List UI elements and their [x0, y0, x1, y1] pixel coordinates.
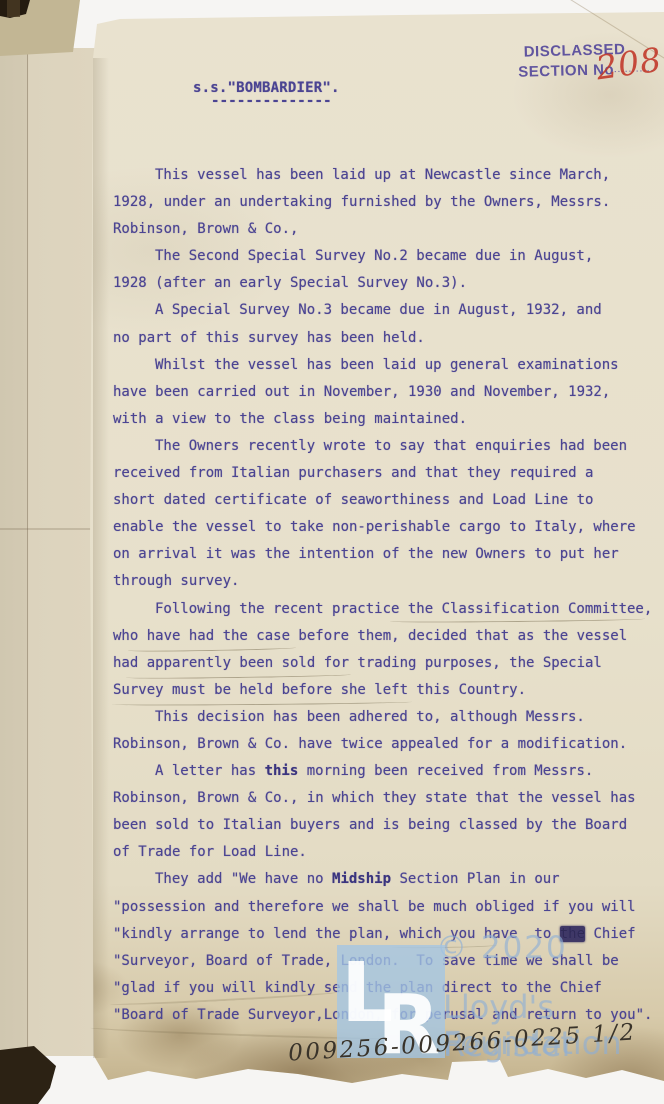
text-line: had apparently been sold for trading pur… — [113, 650, 653, 677]
text-line: This vessel has been laid up at Newcastl… — [113, 162, 653, 189]
text-line: on arrival it was the intention of the n… — [113, 541, 653, 568]
text-line: Robinson, Brown & Co., in which they sta… — [113, 785, 653, 812]
overtyped-word: Midship — [332, 871, 391, 887]
text-line: been sold to Italian buyers and is being… — [113, 812, 653, 839]
text-line: A letter has this morning been received … — [113, 758, 653, 785]
document-title-block: s.s."BOMBARDIER". -------------- — [193, 80, 340, 106]
text-line: short dated certificate of seaworthiness… — [113, 487, 653, 514]
text-line: enable the vessel to take non-perishable… — [113, 514, 653, 541]
text-line: received from Italian purchasers and tha… — [113, 460, 653, 487]
text-line: have been carried out in November, 1930 … — [113, 379, 653, 406]
page-crease — [27, 48, 28, 1048]
text-line: "kindly arrange to lend the plan, which … — [113, 921, 653, 948]
page-edge-step — [0, 528, 95, 530]
text-line: Robinson, Brown & Co. have twice appeale… — [113, 731, 653, 758]
text-line: The Second Special Survey No.2 became du… — [113, 243, 653, 270]
text-line: A Special Survey No.3 became due in Augu… — [113, 297, 653, 324]
text-line: The Owners recently wrote to say that en… — [113, 433, 653, 460]
underlying-page-edge — [0, 48, 95, 1056]
overtyped-word: this — [265, 763, 299, 779]
text-line: Whilst the vessel has been laid up gener… — [113, 352, 653, 379]
text-line: with a view to the class being maintaine… — [113, 406, 653, 433]
watermark-copyright: © 2020 — [436, 930, 568, 966]
document-body: This vessel has been laid up at Newcastl… — [113, 162, 653, 1029]
text-line: They add "We have no Midship Section Pla… — [113, 866, 653, 893]
paragraph: The Second Special Survey No.2 became du… — [113, 243, 653, 297]
paper-left-edge-shadow — [93, 58, 109, 1058]
text-line: of Trade for Load Line. — [113, 839, 653, 866]
paragraph: The Owners recently wrote to say that en… — [113, 433, 653, 596]
paragraph: A Special Survey No.3 became due in Augu… — [113, 297, 653, 351]
text-line: "possession and therefore we shall be mu… — [113, 894, 653, 921]
text-line: through survey. — [113, 568, 653, 595]
text-line: 1928, under an undertaking furnished by … — [113, 189, 653, 216]
paragraph: Whilst the vessel has been laid up gener… — [113, 352, 653, 433]
scanned-document-page: DISCLASSED SECTION No··········· 208 s.s… — [0, 0, 664, 1104]
text-line: no part of this survey has been held. — [113, 325, 653, 352]
binding-fragment-streak — [7, 0, 20, 17]
text-line: 1928 (after an early Special Survey No.3… — [113, 270, 653, 297]
text-line: who have had the case before them, decid… — [113, 623, 653, 650]
text-line: This decision has been adhered to, altho… — [113, 704, 653, 731]
paragraph: This decision has been adhered to, altho… — [113, 704, 653, 758]
text-line: Robinson, Brown & Co., — [113, 216, 653, 243]
title-underline: -------------- — [193, 96, 340, 106]
paragraph: This vessel has been laid up at Newcastl… — [113, 162, 653, 243]
paragraph: A letter has this morning been received … — [113, 758, 653, 866]
